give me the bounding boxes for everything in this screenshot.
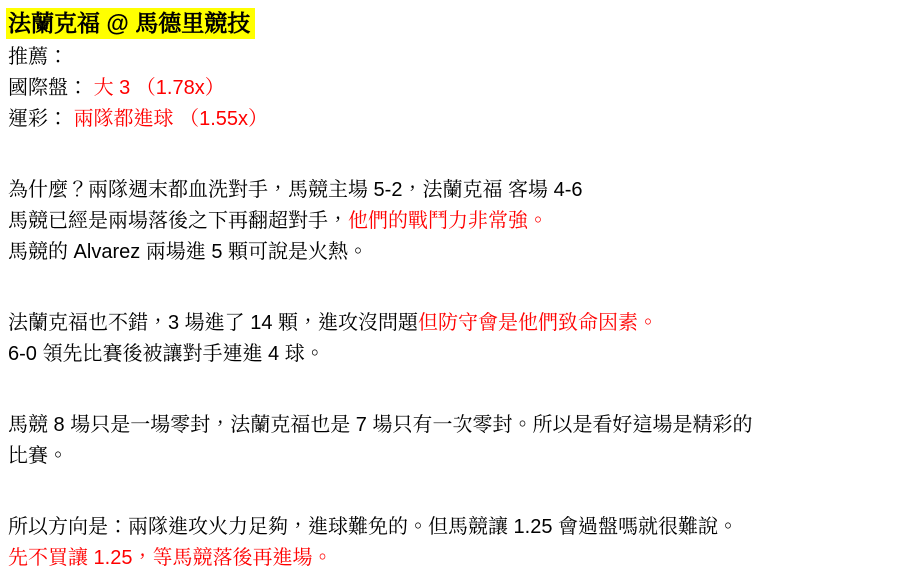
sports-lottery-label: 運彩： bbox=[8, 108, 68, 130]
clean-sheet-line-1: 馬競 8 場只是一場零封，法蘭克福也是 7 場只有一次零封。所以是看好這場是精彩… bbox=[8, 410, 906, 441]
why-line-2-highlighted: 他們的戰鬥力非常強。 bbox=[348, 210, 548, 232]
clean-sheet-paragraph: 馬競 8 場只是一場零封，法蘭克福也是 7 場只有一次零封。所以是看好這場是精彩… bbox=[8, 410, 906, 472]
international-odds-pick: 大 3 （1.78x） bbox=[94, 77, 225, 99]
betting-analysis-document: 法蘭克福 @ 馬德里競技 推薦： 國際盤： 大 3 （1.78x） 運彩： 兩隊… bbox=[0, 0, 914, 574]
why-line-2: 馬競已經是兩場落後之下再翻超對手，他們的戰鬥力非常強。 bbox=[8, 206, 906, 237]
why-line-2-plain: 馬競已經是兩場落後之下再翻超對手， bbox=[8, 210, 348, 232]
sports-lottery-pick: 兩隊都進球 （1.55x） bbox=[74, 108, 268, 130]
direction-paragraph: 所以方向是：兩隊進攻火力足夠，進球難免的。但馬競讓 1.25 會過盤嗎就很難說。… bbox=[8, 512, 906, 574]
match-title: 法蘭克福 @ 馬德里競技 bbox=[6, 8, 255, 39]
recommendation-heading: 推薦： bbox=[8, 42, 906, 73]
frankfurt-paragraph: 法蘭克福也不錯，3 場進了 14 顆，進攻沒問題但防守會是他們致命因素。 6-0… bbox=[8, 308, 906, 370]
why-line-3: 馬競的 Alvarez 兩場進 5 顆可說是火熱。 bbox=[8, 237, 906, 268]
why-line-1: 為什麼？兩隊週末都血洗對手，馬競主場 5-2，法蘭克福 客場 4-6 bbox=[8, 175, 906, 206]
frankfurt-line-2: 6-0 領先比賽後被讓對手連進 4 球。 bbox=[8, 339, 906, 370]
match-title-line: 法蘭克福 @ 馬德里競技 bbox=[8, 6, 906, 40]
why-paragraph: 為什麼？兩隊週末都血洗對手，馬競主場 5-2，法蘭克福 客場 4-6 馬競已經是… bbox=[8, 175, 906, 268]
international-odds-label: 國際盤： bbox=[8, 77, 88, 99]
frankfurt-line-1-highlighted: 但防守會是他們致命因素。 bbox=[418, 312, 658, 334]
direction-line-1: 所以方向是：兩隊進攻火力足夠，進球難免的。但馬競讓 1.25 會過盤嗎就很難說。 bbox=[8, 512, 906, 543]
international-odds-line: 國際盤： 大 3 （1.78x） bbox=[8, 73, 906, 104]
clean-sheet-line-2: 比賽。 bbox=[8, 441, 906, 472]
header-paragraph: 法蘭克福 @ 馬德里競技 推薦： 國際盤： 大 3 （1.78x） 運彩： 兩隊… bbox=[8, 6, 906, 135]
frankfurt-line-1-plain: 法蘭克福也不錯，3 場進了 14 顆，進攻沒問題 bbox=[8, 312, 418, 334]
sports-lottery-line: 運彩： 兩隊都進球 （1.55x） bbox=[8, 104, 906, 135]
direction-conclusion: 先不買讓 1.25，等馬競落後再進場。 bbox=[8, 543, 906, 574]
frankfurt-line-1: 法蘭克福也不錯，3 場進了 14 顆，進攻沒問題但防守會是他們致命因素。 bbox=[8, 308, 906, 339]
